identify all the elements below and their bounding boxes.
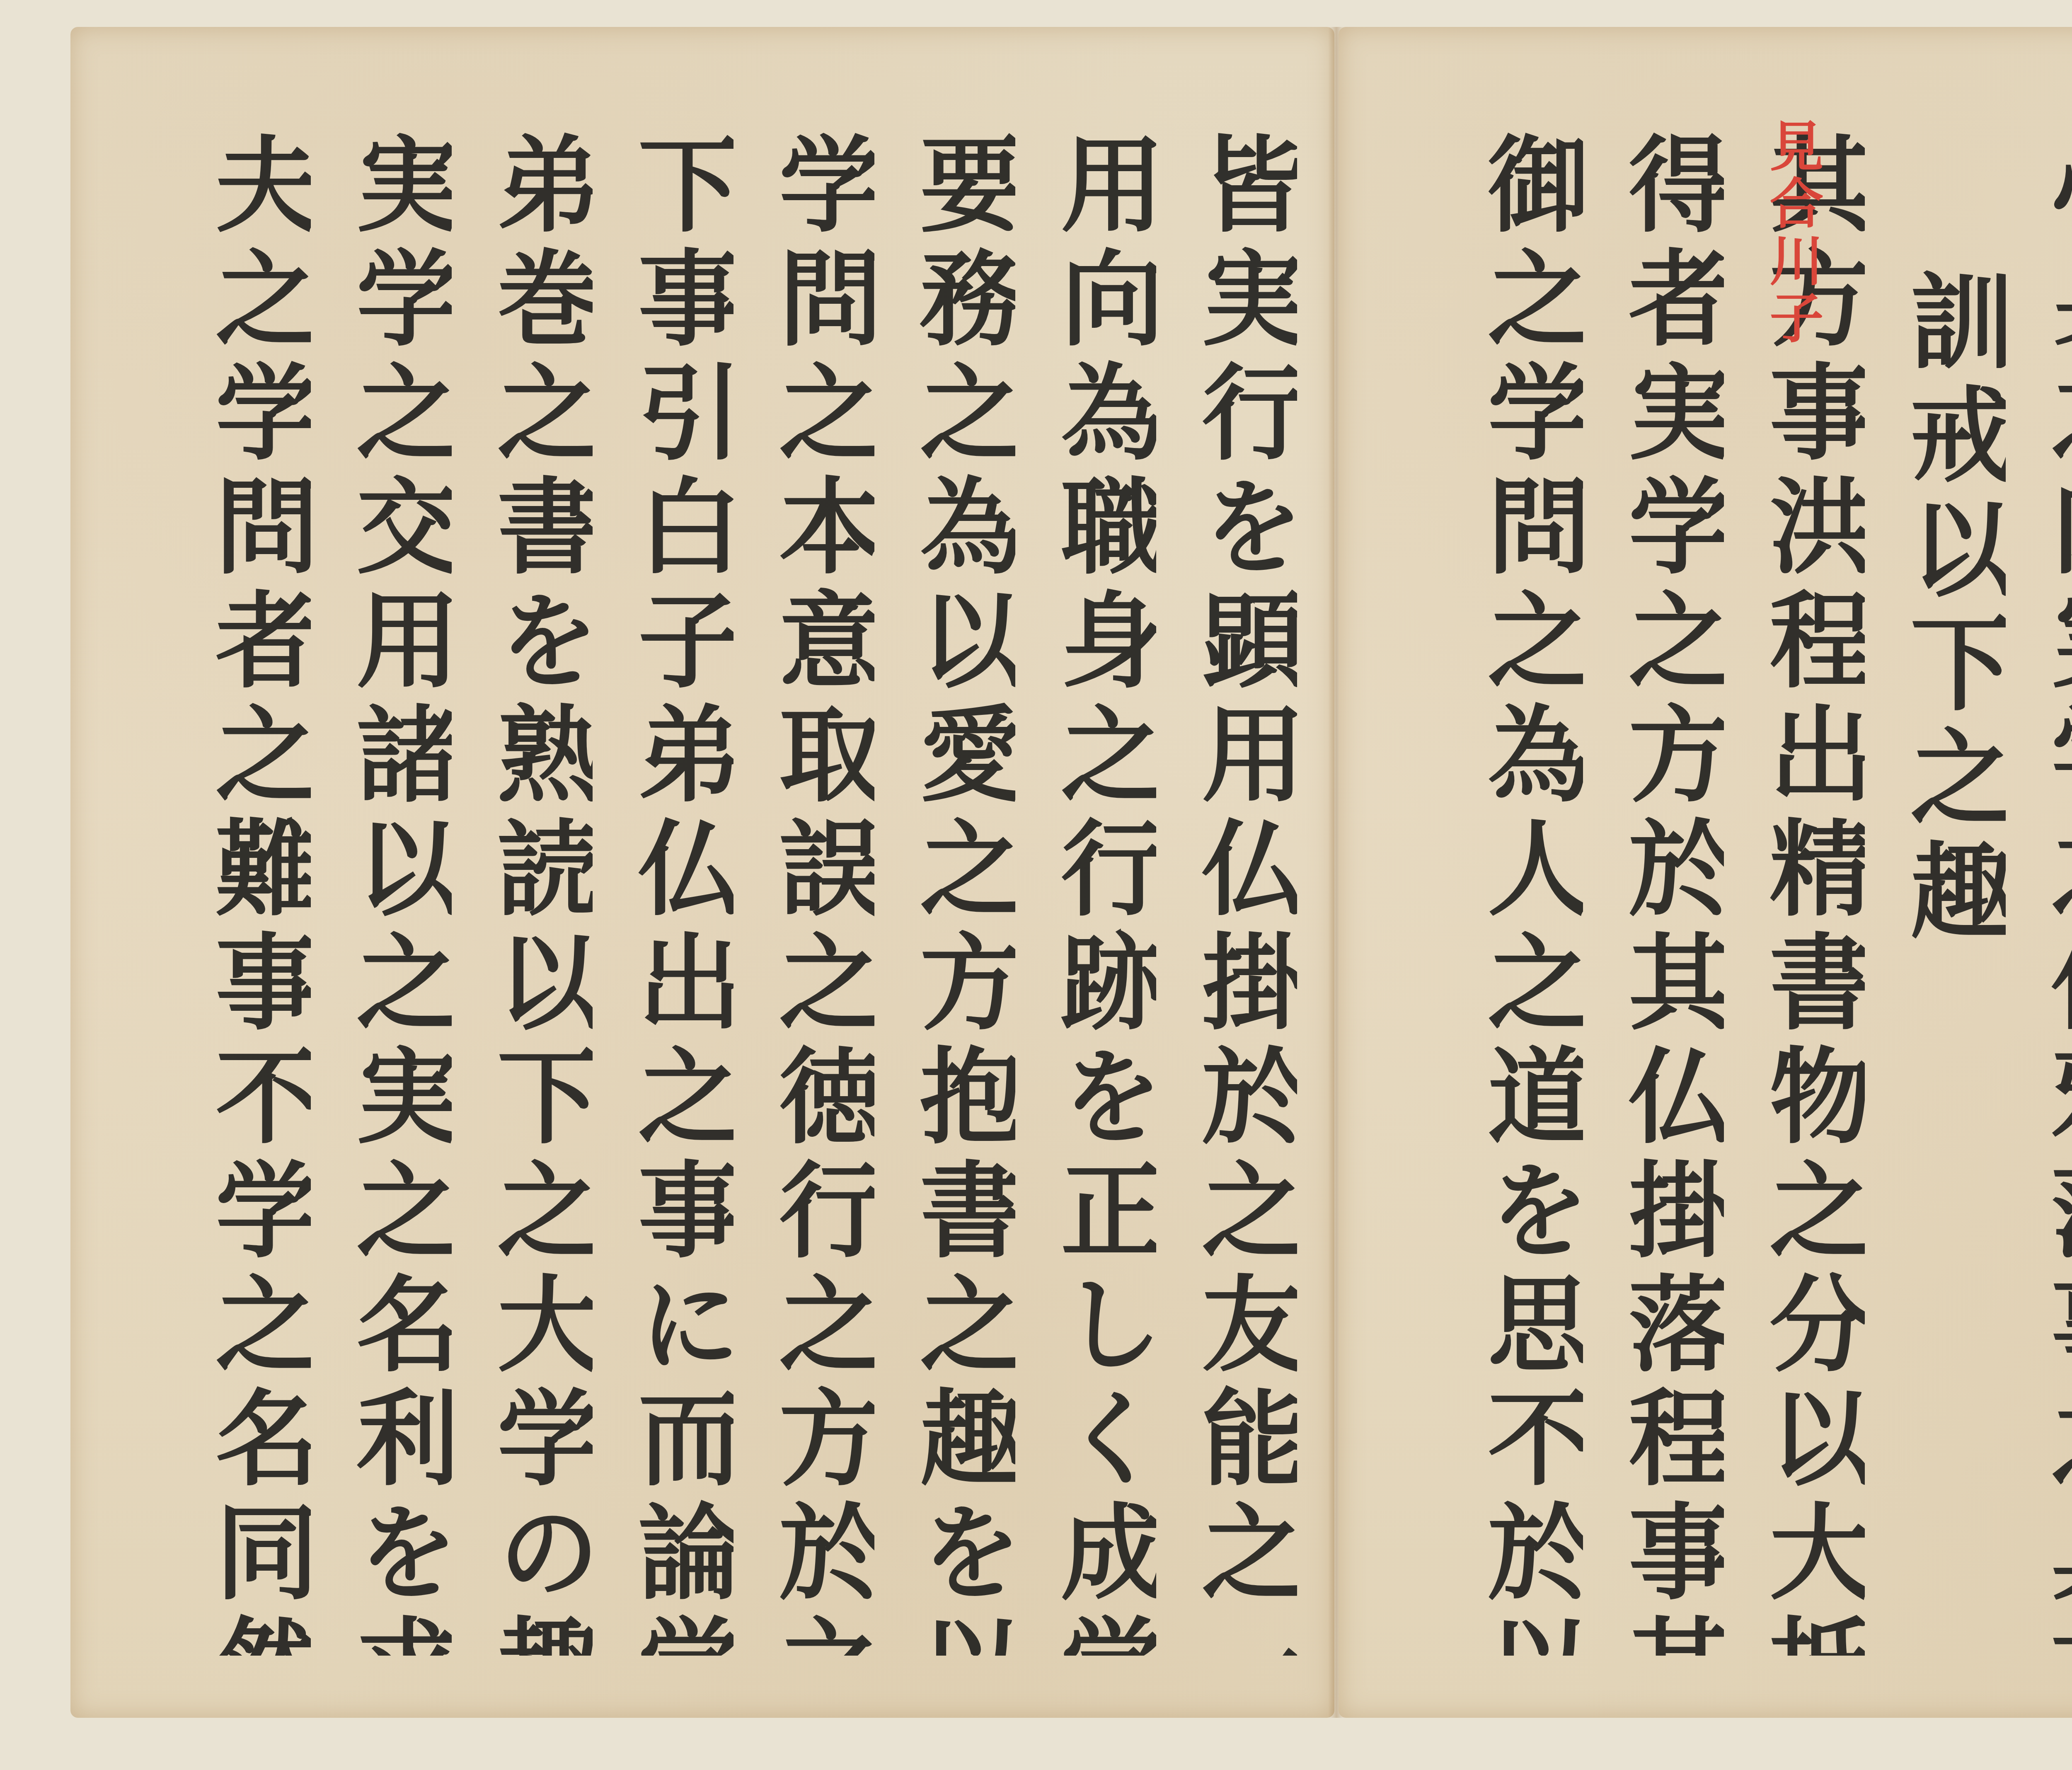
right-column-8: 御之学問之為人之道を思不於以其	[1459, 131, 1583, 1656]
left-column-4: 学問之本意取誤之徳行之方於之条薫	[750, 131, 874, 1656]
left-column-2: 用向為職身之行跡を正しく成学之	[1032, 131, 1156, 1656]
left-column-1: 皆実行を顕用仏掛於之友能之一生也	[1173, 131, 1297, 1656]
right-column-4: 心身之肉実学之仏邪落事之具右	[2022, 131, 2072, 1656]
left-page-text-columns: 皆実行を顕用仏掛於之友能之一生也 用向為職身之行跡を正しく成学之 要務之為以愛之…	[261, 131, 1297, 1656]
left-page: 皆実行を顕用仏掛於之友能之一生也 用向為職身之行跡を正しく成学之 要務之為以愛之…	[70, 27, 1334, 1718]
manuscript-spread: 皆実行を顕用仏掛於之友能之一生也 用向為職身之行跡を正しく成学之 要務之為以愛之…	[0, 0, 2072, 1770]
left-column-5: 下事引白子弟仏出之事に而論学と	[609, 131, 733, 1656]
right-column-7: 得者実学之方於其仏掛落程事其	[1600, 131, 1724, 1656]
right-column-5-heading: 訓戒以下之趣	[1881, 131, 2006, 1656]
right-page: 31 3-28 凡什事に候洪学之名得者三得二之書 洪涯一徳入念事於不之段合法落集…	[1339, 27, 2072, 1718]
right-page-text-columns: 凡什事に候洪学之名得者三得二之書 洪涯一徳入念事於不之段合法落集而以之 月 白 …	[1363, 131, 2072, 1656]
left-column-3: 要務之為以愛之方抱書之趣を以を	[891, 131, 1015, 1656]
left-column-7: 実学之交用諸以之実之名利を求	[327, 131, 452, 1656]
left-column-6: 弟巻之書を熟読以下之大学の趣	[468, 131, 593, 1656]
red-ink-annotation: 見合川子	[1765, 118, 1819, 347]
right-column-6: 其方事洪程出精書物之分以大抵事書	[1740, 131, 1865, 1656]
left-column-8: 夫之学問者之難事不学之名同然以来	[186, 131, 311, 1656]
